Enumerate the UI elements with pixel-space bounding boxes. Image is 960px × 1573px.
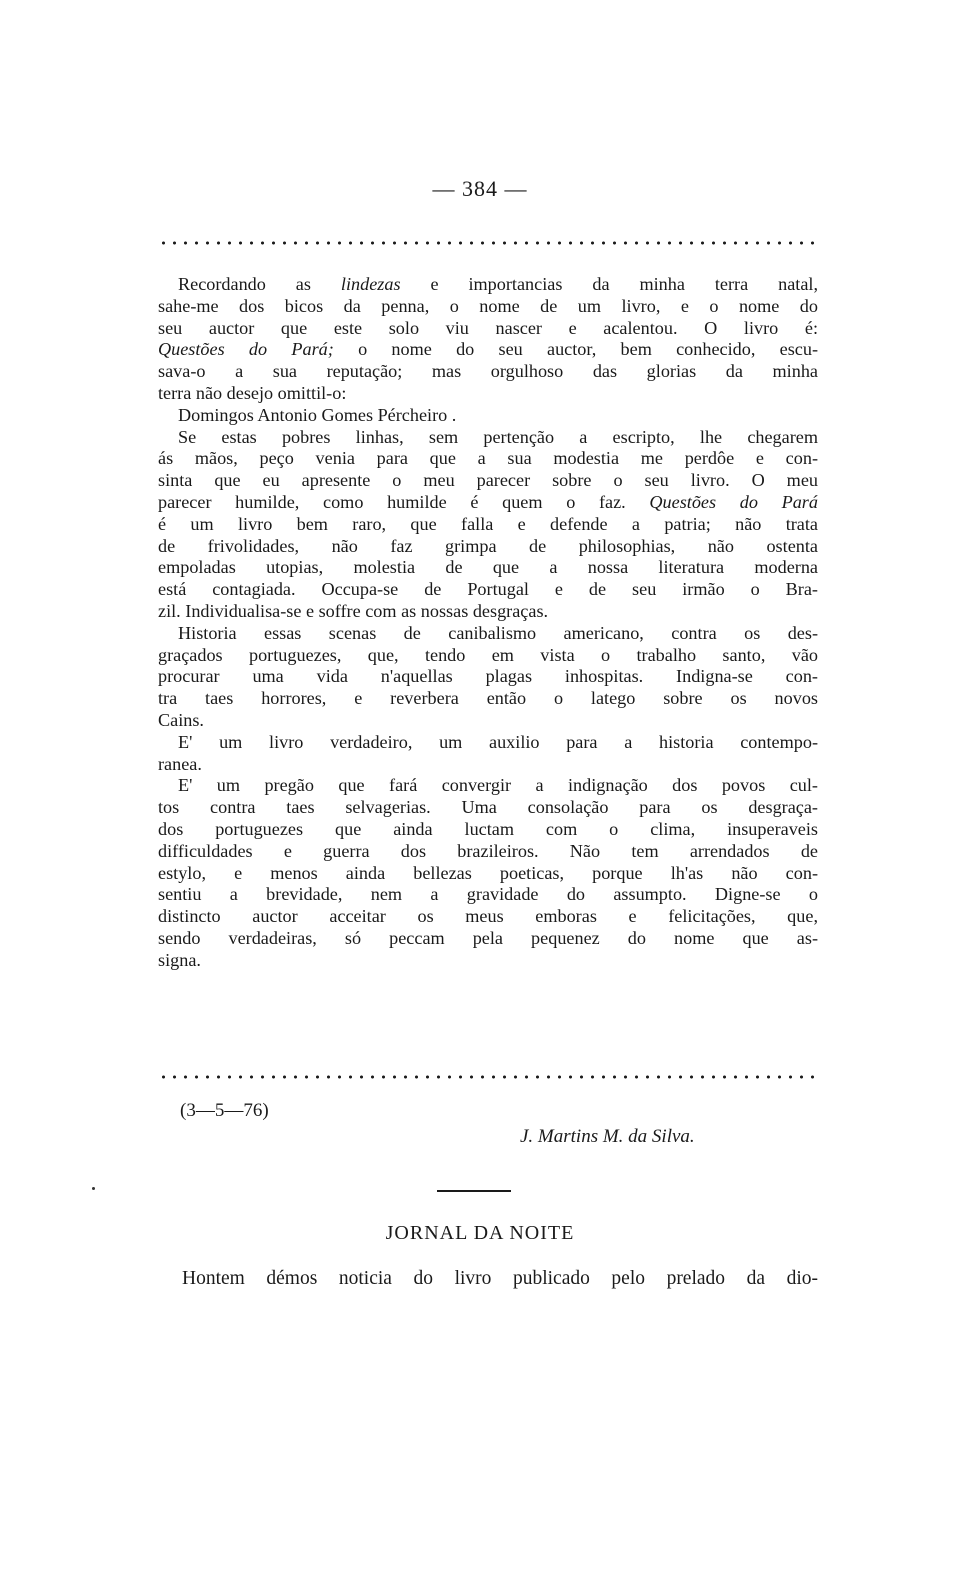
text-line: sahe-me dos bicos da penna, o nome de um… bbox=[158, 296, 818, 318]
text-line: tos contra taes selvagerias. Uma consola… bbox=[158, 797, 818, 819]
scanned-page: — 384 — Recordando as lindezas e importa… bbox=[0, 0, 960, 1573]
text-line: terra não desejo omittil-o: bbox=[158, 383, 818, 405]
section-first-line: Hontem démos noticia do livro publicado … bbox=[182, 1268, 818, 1290]
text-line: Recordando as lindezas e importancias da… bbox=[158, 274, 818, 296]
text-line: de frivolidades, não faz grimpa de philo… bbox=[158, 536, 818, 558]
print-speck bbox=[92, 1187, 95, 1190]
text-line: sentiu a brevidade, nem a gravidade do a… bbox=[158, 884, 818, 906]
text-line: ás mãos, peço venia para que a sua modes… bbox=[158, 448, 818, 470]
text-line: ranea. bbox=[158, 754, 818, 776]
text-line: estylo, e menos ainda bellezas poeticas,… bbox=[158, 863, 818, 885]
text-line: Historia essas scenas de canibalismo ame… bbox=[158, 623, 818, 645]
text-line: está contagiada. Occupa-se de Portugal e… bbox=[158, 579, 818, 601]
text-line: sava-o a sua reputação; mas orgulhoso da… bbox=[158, 361, 818, 383]
text-line: procurar uma vida n'aquellas plagas inho… bbox=[158, 666, 818, 688]
text-line: sinta que eu apresente o meu parecer sob… bbox=[158, 470, 818, 492]
article-body: Recordando as lindezas e importancias da… bbox=[158, 274, 818, 972]
text-line: E' um livro verdadeiro, um auxilio para … bbox=[158, 732, 818, 754]
text-line: Se estas pobres linhas, sem pertenção a … bbox=[158, 427, 818, 449]
text-line: distincto auctor acceitar os meus embora… bbox=[158, 906, 818, 928]
text-line: é um livro bem raro, que falla e defende… bbox=[158, 514, 818, 536]
text-line: graçados portuguezes, que, tendo em vist… bbox=[158, 645, 818, 667]
text-line: signa. bbox=[158, 950, 818, 972]
text-line: sendo verdadeiras, só peccam pela pequen… bbox=[158, 928, 818, 950]
section-rule bbox=[437, 1190, 511, 1192]
text-line: parecer humilde, como humilde é quem o f… bbox=[158, 492, 818, 514]
dotted-separator-bottom bbox=[158, 1074, 818, 1080]
text-line: Cains. bbox=[158, 710, 818, 732]
page-number: — 384 — bbox=[0, 176, 960, 202]
article-date: (3—5—76) bbox=[180, 1100, 269, 1122]
text-line: tra taes horrores, e reverbera então o l… bbox=[158, 688, 818, 710]
text-line: Domingos Antonio Gomes Pércheiro . bbox=[158, 405, 818, 427]
dotted-separator-top bbox=[158, 240, 818, 246]
text-line: E' um pregão que fará convergir a indign… bbox=[158, 775, 818, 797]
section-heading: JORNAL DA NOITE bbox=[0, 1222, 960, 1245]
text-line: seu auctor que este solo viu nascer e ac… bbox=[158, 318, 818, 340]
text-line: zil. Individualisa-se e soffre com as no… bbox=[158, 601, 818, 623]
text-line: Questões do Pará; o nome do seu auctor, … bbox=[158, 339, 818, 361]
author-signature: J. Martins M. da Silva. bbox=[520, 1126, 695, 1148]
text-line: dos portuguezes que ainda luctam com o c… bbox=[158, 819, 818, 841]
text-line: difficuldades e guerra dos brazileiros. … bbox=[158, 841, 818, 863]
text-line: empoladas utopias, molestia de que a nos… bbox=[158, 557, 818, 579]
